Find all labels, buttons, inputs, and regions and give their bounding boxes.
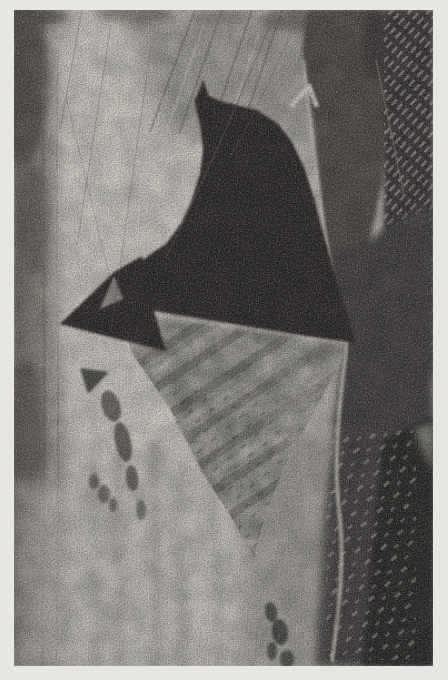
- book-page: [0, 0, 448, 680]
- light-grain-overlay: [14, 10, 433, 666]
- aerial-photograph: [14, 10, 433, 666]
- aerial-photograph-canvas: [14, 10, 433, 666]
